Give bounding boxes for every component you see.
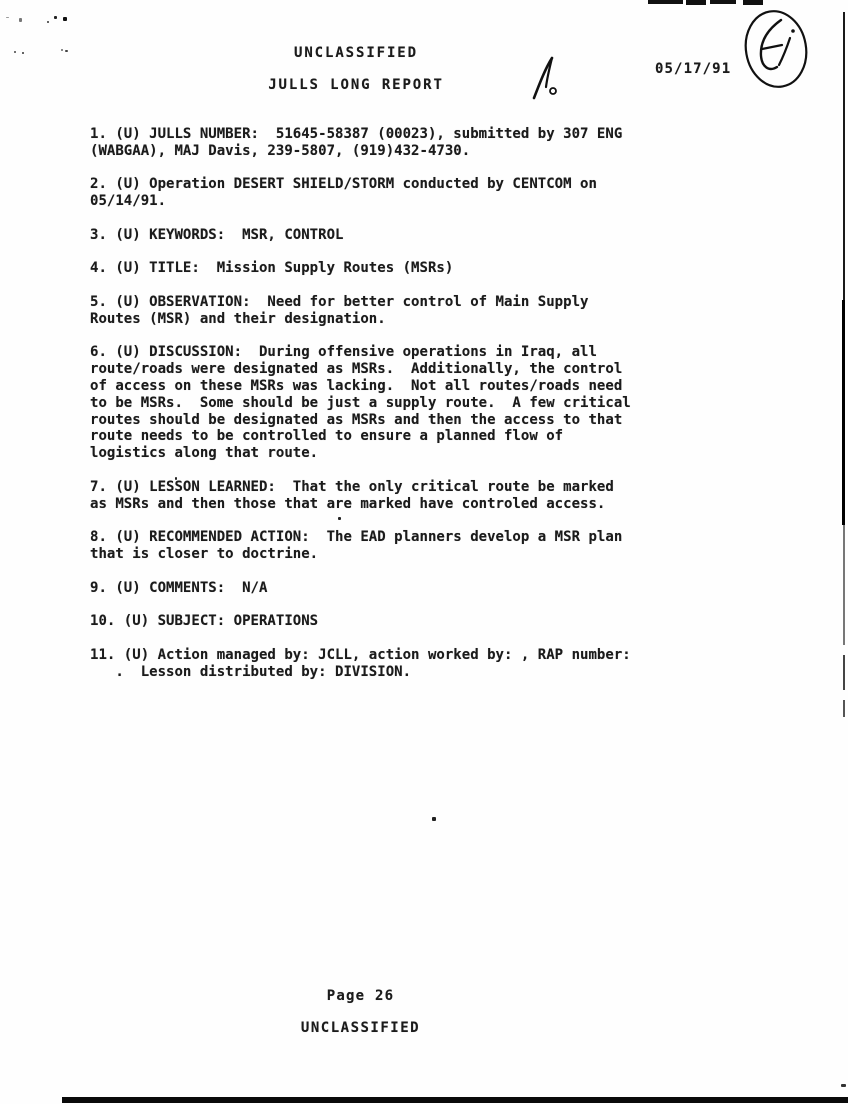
report-paragraph-subject: 10. (U) SUBJECT: OPERATIONS [90,613,680,630]
scanned-report-page: UNCLASSIFIED JULLS LONG REPORT 05/17/91 … [0,0,848,1104]
page-number: Page 26 [258,988,463,1004]
bottom-edge-scan-bar [62,1097,848,1103]
report-paragraph-lesson-learned: 7. (U) LESSON LEARNED: That the only cri… [90,479,680,513]
report-paragraph-recommended-action: 8. (U) RECOMMENDED ACTION: The EAD plann… [90,529,680,563]
report-paragraph-operation: 2. (U) Operation DESERT SHIELD/STORM con… [90,176,680,210]
report-paragraph-keywords: 3. (U) KEYWORDS: MSR, CONTROL [90,227,680,244]
document-footer: Page 26 UNCLASSIFIED [258,988,463,1036]
report-paragraph-julls-number: 1. (U) JULLS NUMBER: 51645-58387 (00023)… [90,126,680,160]
handwritten-note-mark [531,55,565,101]
classification-banner-top: UNCLASSIFIED [256,46,456,61]
report-paragraph-comments: 9. (U) COMMENTS: N/A [90,580,680,597]
circled-initials-stamp [733,4,819,92]
document-header: UNCLASSIFIED JULLS LONG REPORT [256,46,456,93]
report-paragraph-observation: 5. (U) OBSERVATION: Need for better cont… [90,294,680,328]
report-paragraph-title: 4. (U) TITLE: Mission Supply Routes (MSR… [90,260,680,277]
classification-banner-bottom: UNCLASSIFIED [258,1020,463,1036]
report-title: JULLS LONG REPORT [256,78,456,93]
report-paragraph-discussion: 6. (U) DISCUSSION: During offensive oper… [90,344,680,462]
report-body: 1. (U) JULLS NUMBER: 51645-58387 (00023)… [90,126,680,697]
report-date: 05/17/91 [655,61,731,77]
report-paragraph-action-managed: 11. (U) Action managed by: JCLL, action … [90,647,680,681]
